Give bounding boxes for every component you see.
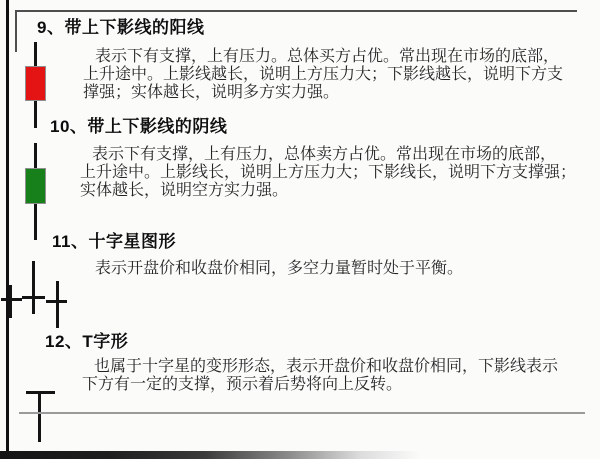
section-10-text-line: 上升途中。上影线长，说明上方压力大；下影线长，说明下方支撑强； (80, 164, 576, 182)
section-9-text-line: 表示下有支撑，上有压力。总体买方占优。常出现在市场的底部， (95, 48, 559, 66)
section-12-heading: 12、T字形 (45, 327, 128, 352)
frame-corner-line (15, 10, 17, 52)
section-12-text-line: 下方有一定的支撑，预示着后势将向上反转。 (82, 376, 402, 394)
section-10-text-line: 实体越长，说明空方实力强。 (80, 182, 288, 200)
t-shape-stem-icon (38, 391, 41, 442)
left-border-line (6, 0, 9, 459)
section-9-text-line: 上升途中。上影线越长，说明上方压力大；下影线越长，说明下方支 (83, 66, 563, 84)
section-11-text-line: 表示开盘价和收盘价相同，多空力量暂时处于平衡。 (95, 260, 463, 278)
section-9-heading: 9、带上下影线的阳线 (37, 13, 204, 38)
doji-cross-icon (22, 296, 45, 299)
doji-cross-icon (9, 285, 12, 318)
section-10-heading: 10、带上下影线的阴线 (50, 112, 227, 137)
bullish-candle-body-icon (25, 66, 46, 101)
doji-cross-icon (56, 281, 59, 328)
section-9-text-line: 撑强；实体越长，说明多方实力强。 (83, 84, 339, 102)
doji-cross-icon (1, 298, 22, 301)
section-10-text-line: 表示下有支撑，上有压力，总体卖方占优。常出现在市场的底部， (92, 146, 556, 164)
horizontal-rule (19, 412, 585, 414)
bottom-edge-band (0, 451, 600, 459)
candlestick-tutorial-page: 9、带上下影线的阳线 表示下有支撑，上有压力。总体买方占优。常出现在市场的底部，… (0, 0, 600, 459)
doji-cross-icon (46, 300, 67, 303)
section-11-heading: 11、十字星图形 (52, 227, 176, 252)
doji-cross-icon (32, 261, 35, 314)
bearish-candle-body-icon (25, 168, 46, 204)
frame-top-line (15, 10, 577, 12)
section-12-text-line: 也属于十字星的变形形态，表示开盘价和收盘价相同，下影线表示 (94, 358, 558, 376)
